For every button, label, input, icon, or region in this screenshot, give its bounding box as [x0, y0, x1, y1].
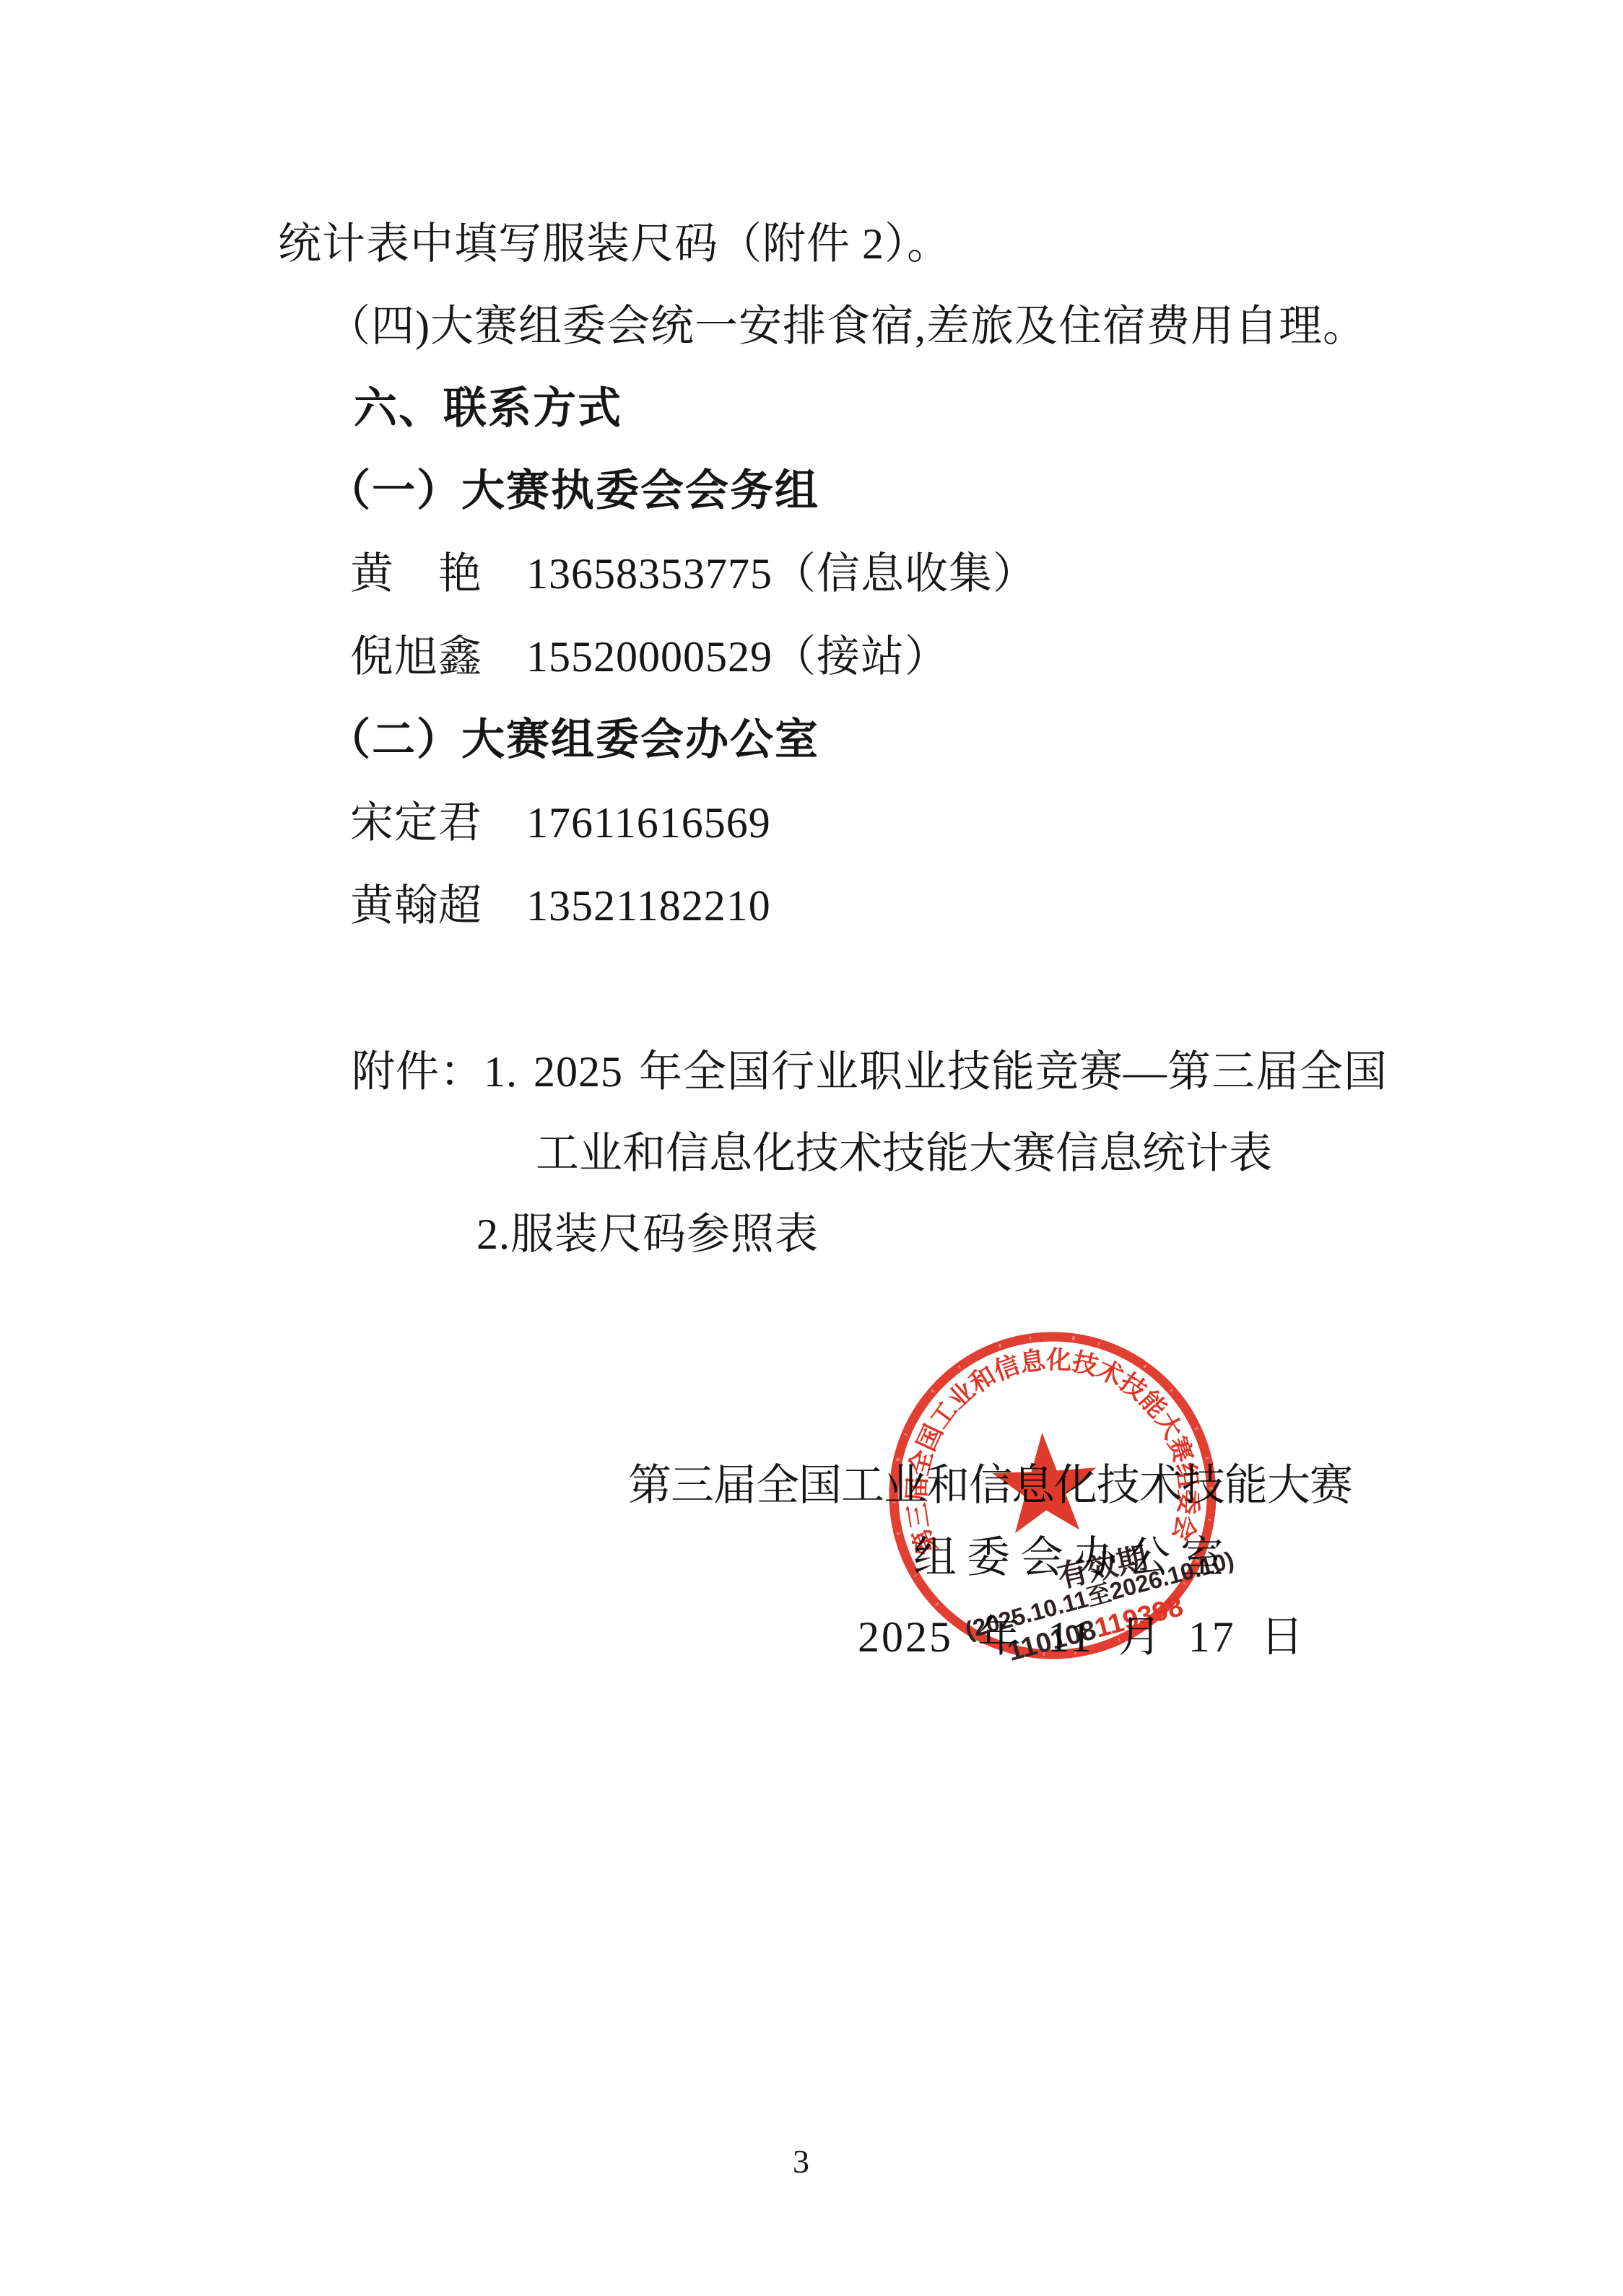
section-heading-contact-info: 六、联系方式	[354, 386, 622, 431]
document-page: 统计表中填写服装尺码（附件 2）。 （四)大赛组委会统一安排食宿,差旅及住宿费用…	[0, 0, 1623, 2296]
official-seal-stamp: 第三届全国工业和信息化技术技能大赛组委会 有效期 (2025.10.11至202…	[836, 1279, 1269, 1712]
contact-song-dingjun: 宋定君 17611616569	[350, 800, 771, 845]
contact-huang-yan: 黄 艳 13658353775（信息收集）	[350, 551, 1037, 596]
contact-huang-hanchao: 黄翰超 13521182210	[350, 883, 771, 928]
attachment-line-1-continued: 工业和信息化技术技能大赛信息统计表	[536, 1131, 1272, 1176]
body-line-clothing-size-note: 统计表中填写服装尺码（附件 2）。	[278, 222, 951, 266]
seal-star-icon	[990, 1430, 1100, 1535]
body-line-accommodation-note: （四)大赛组委会统一安排食宿,差旅及住宿费用自理。	[327, 304, 1367, 349]
subheading-organizing-committee-office: （二）大赛组委会办公室	[327, 717, 819, 762]
attachment-line-1: 附件：1. 2025 年全国行业职业技能竞赛—第三届全国	[352, 1049, 1388, 1094]
subheading-executive-committee-group: （一）大赛执委会会务组	[327, 468, 819, 513]
contact-ni-xuxin: 倪旭鑫 15520000529（接站）	[350, 634, 949, 679]
svg-text:第三届全国工业和信息化技术技能大赛组委会: 第三届全国工业和信息化技术技能大赛组委会	[895, 1338, 1206, 1559]
attachment-line-2: 2.服装尺码参照表	[477, 1212, 819, 1257]
seal-title-arc-text: 第三届全国工业和信息化技术技能大赛组委会	[895, 1338, 1206, 1559]
page-number: 3	[793, 2144, 809, 2179]
